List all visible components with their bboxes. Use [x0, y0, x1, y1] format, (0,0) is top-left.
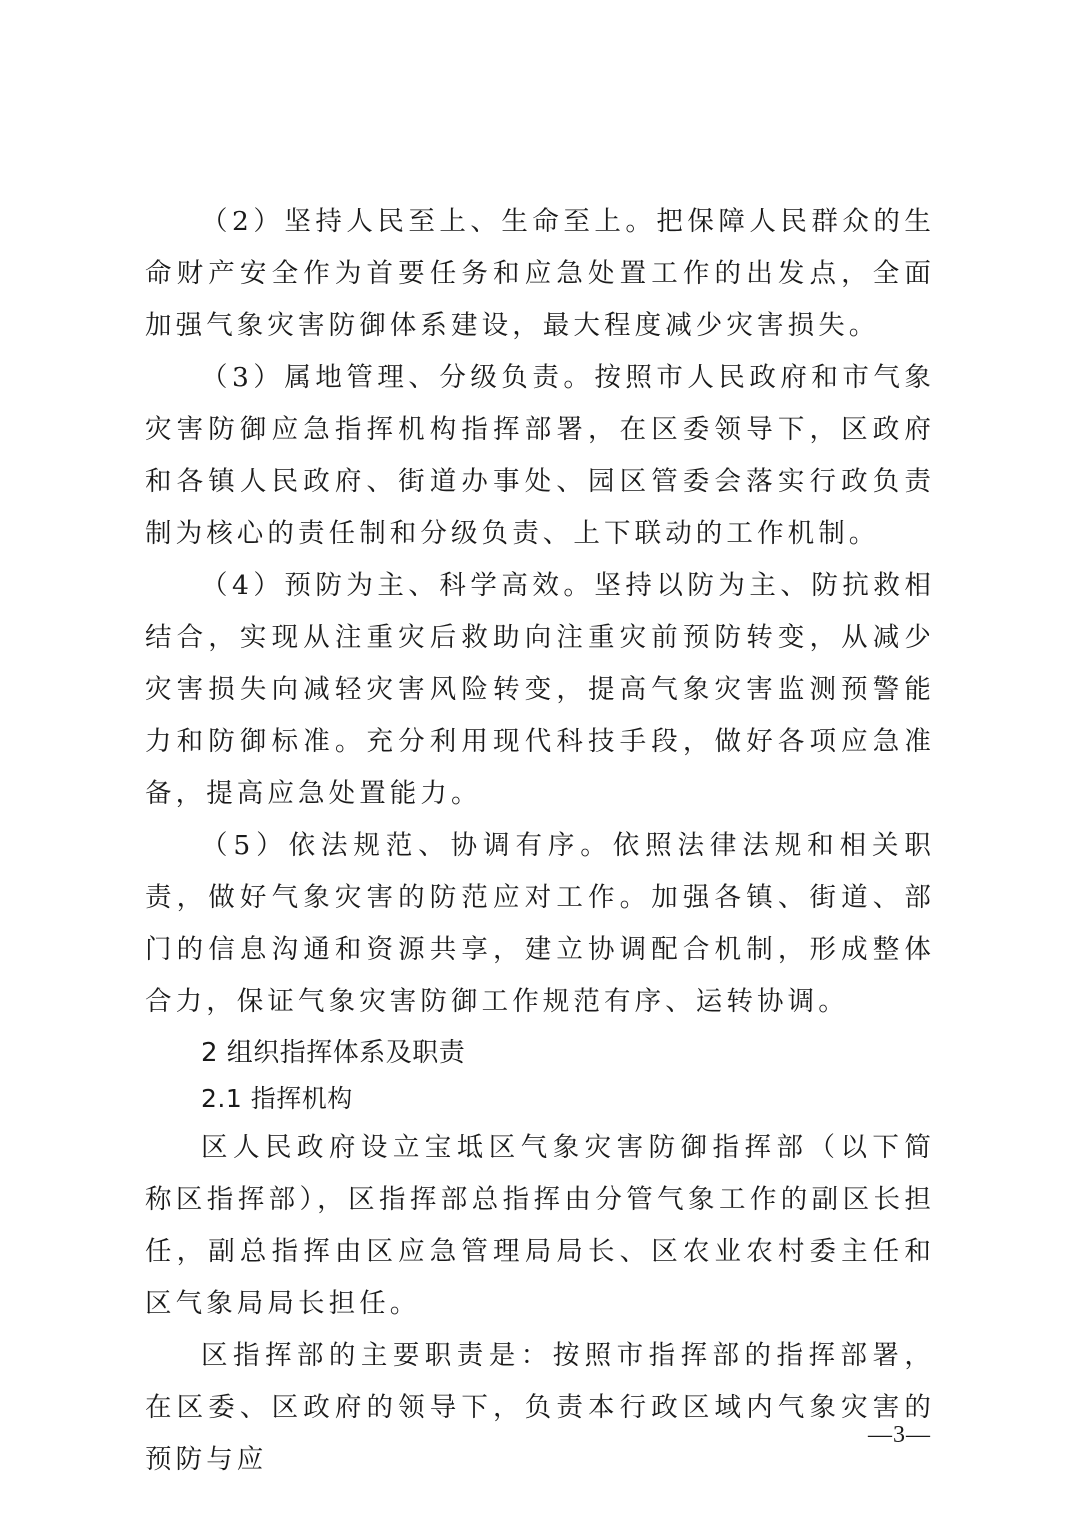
section-heading: 2 组织指挥体系及职责 [145, 1030, 935, 1076]
command-structure-paragraph: 区人民政府设立宝坻区气象灾害防御指挥部（以下简称区指挥部），区指挥部总指挥由分管… [145, 1122, 935, 1330]
responsibilities-paragraph: 区指挥部的主要职责是：按照市指挥部的指挥部署，在区委、区政府的领导下，负责本行政… [145, 1330, 935, 1486]
principle-paragraph-2: （2）坚持人民至上、生命至上。把保障人民群众的生命财产安全作为首要任务和应急处置… [145, 196, 935, 352]
principle-paragraph-5: （5）依法规范、协调有序。依照法律法规和相关职责，做好气象灾害的防范应对工作。加… [145, 820, 935, 1028]
document-page: （2）坚持人民至上、生命至上。把保障人民群众的生命财产安全作为首要任务和应急处置… [145, 196, 935, 1486]
principle-paragraph-4: （4）预防为主、科学高效。坚持以防为主、防抗救相结合，实现从注重灾后救助向注重灾… [145, 560, 935, 820]
page-number: —3— [868, 1422, 931, 1449]
subsection-heading: 2.1 指挥机构 [145, 1076, 935, 1122]
principle-paragraph-3: （3）属地管理、分级负责。按照市人民政府和市气象灾害防御应急指挥机构指挥部署，在… [145, 352, 935, 560]
